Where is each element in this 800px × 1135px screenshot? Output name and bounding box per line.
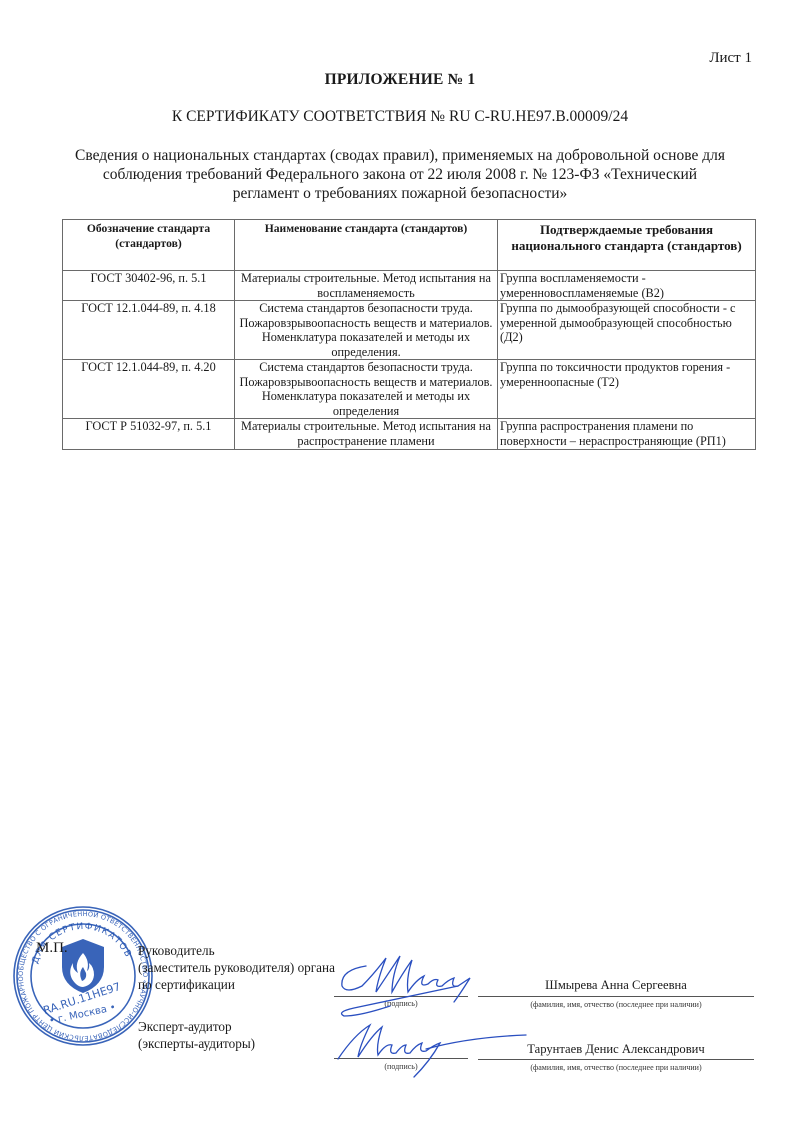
table-header-row: Обозначение стандарта (стандартов) Наиме… [63,220,756,271]
handwritten-signature-icon [330,1015,530,1085]
cell-standard-name: Система стандартов безопасности труда.По… [235,360,498,419]
sheet-number: Лист 1 [709,50,752,67]
header-designation: Обозначение стандарта (стандартов) [63,220,235,271]
standards-table: Обозначение стандарта (стандартов) Наиме… [62,219,756,450]
header-name: Наименование стандарта (стандартов) [235,220,498,271]
cell-requirements: Группа воспламеняемости -умеренновосплам… [498,271,756,301]
signer-name: Шмырева Анна Сергеевна [478,978,754,993]
intro-line: соблюдения требований Федерального закон… [40,165,760,184]
table-row: ГОСТ Р 51032-97, п. 5.1Материалы строите… [63,419,756,450]
header-requirements: Подтверждаемые требования национального … [498,220,756,271]
cell-requirements: Группа распространения пламени поповерхн… [498,419,756,450]
official-stamp: ОБЩЕСТВО С ОГРАНИЧЕННОЙ ОТВЕТСТВЕННОСТЬЮ… [12,905,154,1047]
cell-requirements: Группа по дымообразующей способности - с… [498,301,756,360]
cell-designation: ГОСТ 12.1.044-89, п. 4.18 [63,301,235,360]
stamp-place-label: М.П. [36,940,68,957]
table-row: ГОСТ 12.1.044-89, п. 4.18Система стандар… [63,301,756,360]
cell-standard-name: Система стандартов безопасности труда.По… [235,301,498,360]
intro-paragraph: Сведения о национальных стандартах (свод… [40,146,760,203]
name-line [478,996,754,997]
intro-line: регламент о требованиях пожарной безопас… [40,184,760,203]
intro-line: Сведения о национальных стандартах (свод… [40,146,760,165]
cell-designation: ГОСТ 12.1.044-89, п. 4.20 [63,360,235,419]
cell-standard-name: Материалы строительные. Метод испытания … [235,419,498,450]
cell-requirements: Группа по токсичности продуктов горения … [498,360,756,419]
stamp-seal-icon: ОБЩЕСТВО С ОГРАНИЧЕННОЙ ОТВЕТСТВЕННОСТЬЮ… [12,905,154,1047]
cell-designation: ГОСТ 30402-96, п. 5.1 [63,271,235,301]
page-title: ПРИЛОЖЕНИЕ № 1 [0,71,800,89]
name-caption: (фамилия, имя, отчество (последнее при н… [478,1000,754,1009]
cell-designation: ГОСТ Р 51032-97, п. 5.1 [63,419,235,450]
certificate-reference: К СЕРТИФИКАТУ СООТВЕТСТВИЯ № RU C-RU.НЕ9… [0,108,800,126]
role-expert-auditor: Эксперт-аудитор (эксперты-аудиторы) [138,1018,255,1052]
table-row: ГОСТ 30402-96, п. 5.1Материалы строитель… [63,271,756,301]
role-head-of-body: Руководитель (заместитель руководителя) … [138,942,335,993]
cell-standard-name: Материалы строительные. Метод испытания … [235,271,498,301]
table-row: ГОСТ 12.1.044-89, п. 4.20Система стандар… [63,360,756,419]
handwritten-signature-icon [330,950,490,1020]
